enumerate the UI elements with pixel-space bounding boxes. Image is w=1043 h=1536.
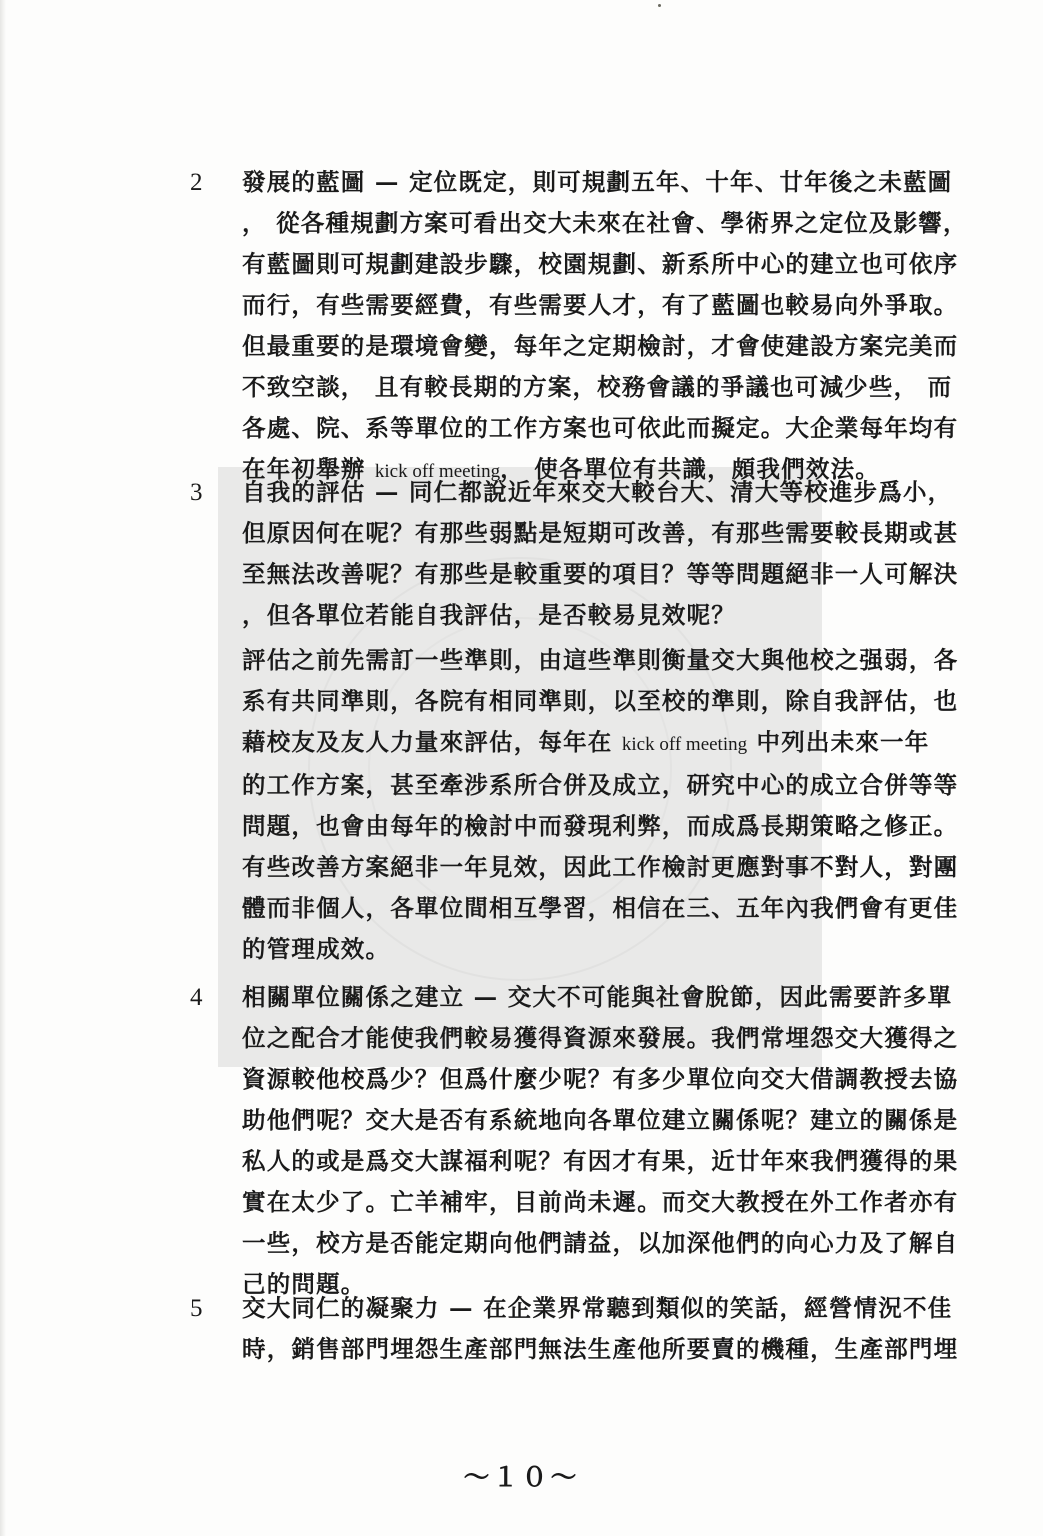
text-line: 資源較他校爲少？但爲什麼少呢？有多少單位向交大借調教授去協 (242, 1059, 972, 1100)
item-3-paragraph-2: 評估之前先需訂一些準則，由這些準則衡量交大與他校之强弱，各 系有共同準則，各院有… (242, 640, 972, 847)
text-line: 的管理成效。 (242, 929, 972, 970)
item-body: 自我的評估 — 同仁都說近年來交大較台大、清大等校進步爲小， 但原因何在呢？有那… (242, 472, 972, 636)
text-line: 但原因何在呢？有那些弱點是短期可改善，有那些需要較長期或甚 (242, 513, 972, 554)
text-line: 助他們呢？交大是否有系統地向各單位建立關係呢？建立的關係是 (242, 1100, 972, 1141)
page-number: ～１０～ (0, 1457, 1043, 1494)
text-line: 不致空談， 且有較長期的方案，校務會議的爭議也可減少些， 而 (242, 367, 972, 408)
item-5: 5 交大同仁的凝聚力 — 在企業界常聽到類似的笑話，經營情況不佳 時，銷售部門埋… (190, 1288, 990, 1370)
text-line: 各處、院、系等單位的工作方案也可依此而擬定。大企業每年均有 (242, 408, 972, 449)
text-line: 而行，有些需要經費，有些需要人才，有了藍圖也較易向外爭取。 (242, 285, 972, 326)
text-segment: 藉校友及友人力量來評估，每年在 (242, 728, 622, 756)
item-4: 4 相關單位關係之建立 — 交大不可能與社會脫節，因此需要許多單 位之配合才能使… (190, 977, 990, 1305)
item-body: 交大同仁的凝聚力 — 在企業界常聽到類似的笑話，經營情況不佳 時，銷售部門埋怨生… (242, 1288, 972, 1370)
text-line: 但最重要的是環境會變，每年之定期檢討，才會使建設方案完美而 (242, 326, 972, 367)
text-line: 發展的藍圖 — 定位既定，則可規劃五年、十年、廿年後之未藍圖 (242, 162, 972, 203)
item-number: 4 (190, 977, 230, 1018)
item-number: 5 (190, 1288, 230, 1329)
text-line: 體而非個人，各單位間相互學習，相信在三、五年內我們會有更佳 (242, 888, 972, 929)
text-line: 交大同仁的凝聚力 — 在企業界常聽到類似的笑話，經營情況不佳 (242, 1288, 972, 1329)
text-line: 時，銷售部門埋怨生產部門無法生產他所要賣的機種，生產部門埋 (242, 1329, 972, 1370)
text-line: 藉校友及友人力量來評估，每年在 kick off meeting 中列出未來一年 (242, 722, 972, 765)
text-segment: 中列出未來一年 (747, 728, 929, 756)
text-line: 的工作方案，甚至牽涉系所合併及成立，研究中心的成立合併等等 (242, 765, 972, 806)
item-3-paragraph-3: 有些改善方案絕非一年見效，因此工作檢討更應對事不對人，對團 體而非個人，各單位間… (242, 847, 972, 970)
latin-term: kick off meeting (622, 734, 747, 755)
item-3: 3 自我的評估 — 同仁都說近年來交大較台大、清大等校進步爲小， 但原因何在呢？… (190, 472, 990, 636)
text-line: 有藍圖則可規劃建設步驟，校園規劃、新系所中心的建立也可依序 (242, 244, 972, 285)
text-line: 一些，校方是否能定期向他們請益，以加深他們的向心力及了解自 (242, 1223, 972, 1264)
item-body: 發展的藍圖 — 定位既定，則可規劃五年、十年、廿年後之未藍圖 ， 從各種規劃方案… (242, 162, 972, 492)
text-line: 私人的或是爲交大謀福利呢？有因才有果，近廿年來我們獲得的果 (242, 1141, 972, 1182)
text-line: 位之配合才能使我們較易獲得資源來發展。我們常埋怨交大獲得之 (242, 1018, 972, 1059)
scan-edge-shadow (0, 0, 6, 1536)
item-2: 2 發展的藍圖 — 定位既定，則可規劃五年、十年、廿年後之未藍圖 ， 從各種規劃… (190, 162, 990, 492)
text-line: 評估之前先需訂一些準則，由這些準則衡量交大與他校之强弱，各 (242, 640, 972, 681)
text-line: 相關單位關係之建立 — 交大不可能與社會脫節，因此需要許多單 (242, 977, 972, 1018)
text-line: 自我的評估 — 同仁都說近年來交大較台大、清大等校進步爲小， (242, 472, 972, 513)
text-line: 實在太少了。亡羊補牢，目前尚未遲。而交大教授在外工作者亦有 (242, 1182, 972, 1223)
scan-speck (658, 4, 661, 7)
text-line: ，但各單位若能自我評估，是否較易見效呢？ (242, 595, 972, 636)
item-number: 3 (190, 472, 230, 513)
item-number: 2 (190, 162, 230, 203)
item-body: 相關單位關係之建立 — 交大不可能與社會脫節，因此需要許多單 位之配合才能使我們… (242, 977, 972, 1305)
text-line: 有些改善方案絕非一年見效，因此工作檢討更應對事不對人，對團 (242, 847, 972, 888)
text-line: 系有共同準則，各院有相同準則，以至校的準則，除自我評估，也 (242, 681, 972, 722)
text-line: ， 從各種規劃方案可看出交大未來在社會、學術界之定位及影響， (242, 203, 972, 244)
text-line: 問題，也會由每年的檢討中而發現利弊，而成爲長期策略之修正。 (242, 806, 972, 847)
text-line: 至無法改善呢？有那些是較重要的項目？等等問題絕非一人可解決 (242, 554, 972, 595)
